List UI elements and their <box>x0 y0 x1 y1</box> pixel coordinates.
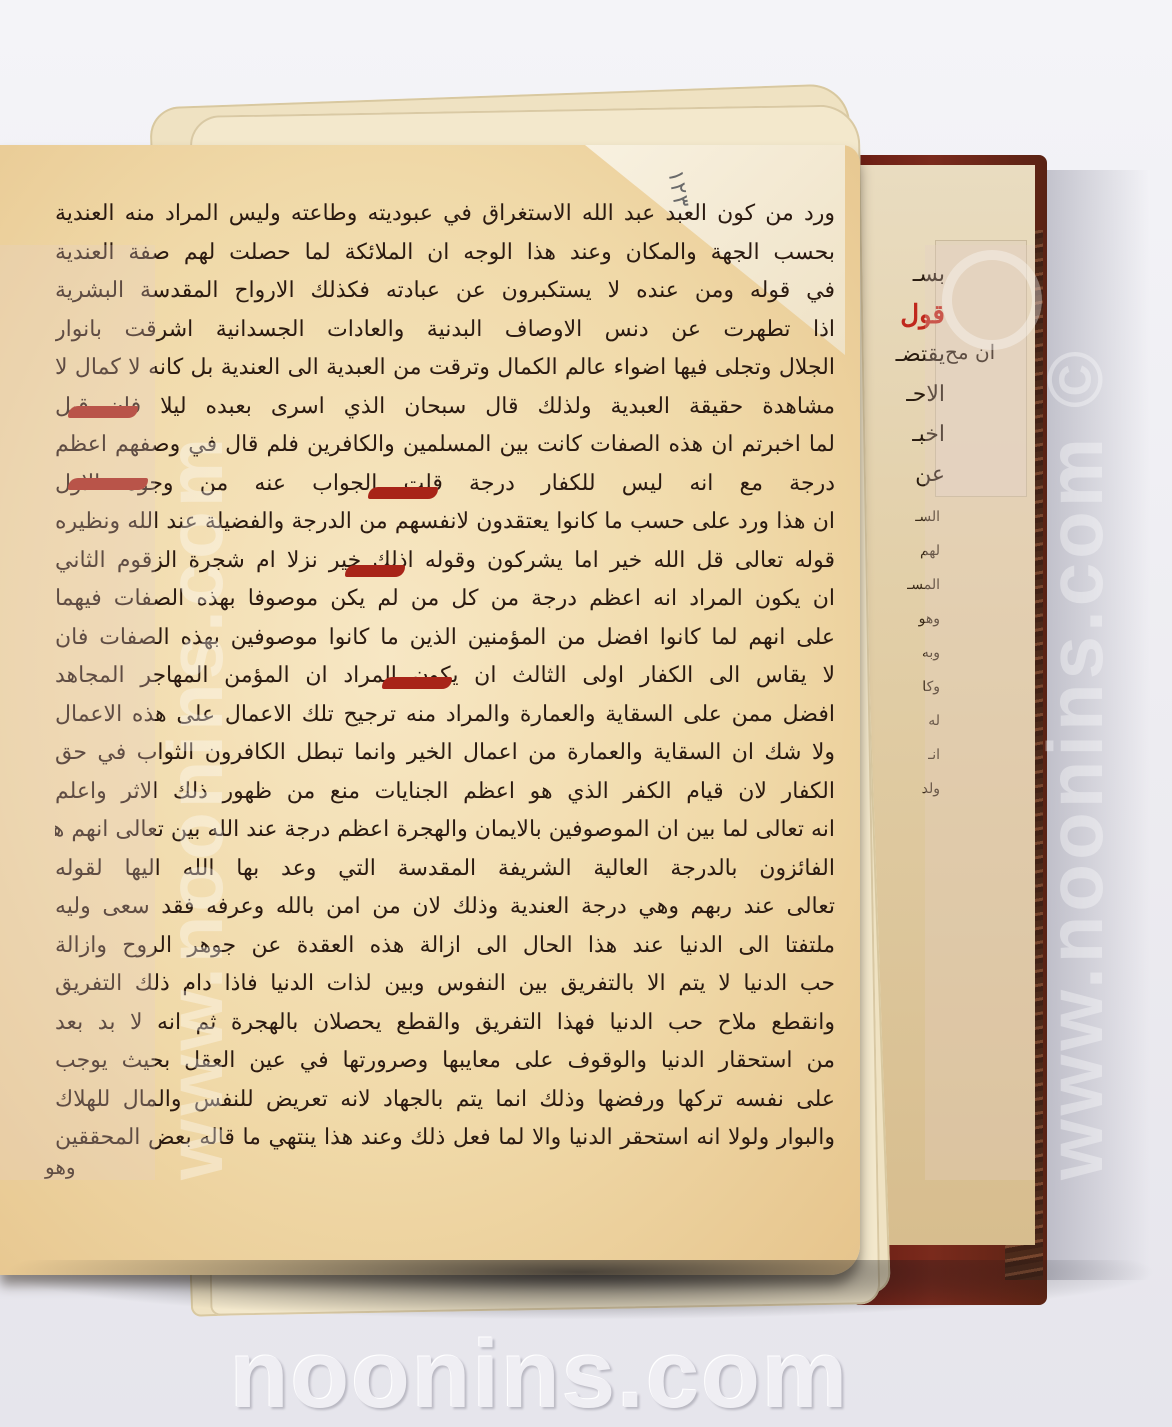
book-shadow <box>0 1260 1160 1320</box>
text-line: بحسب الجهة والمكان وعند هذا الوجه ان الم… <box>55 234 835 273</box>
watermark-right: www.noonins.com © <box>1030 347 1121 1180</box>
text-line: ورد من كون العبد عبد الله الاستغراق في ع… <box>55 195 835 234</box>
text-line: الجلال وتجلى فيها اضواء عالم الكمال وترق… <box>55 349 835 388</box>
copyright-icon <box>942 250 1042 350</box>
text-line: مشاهدة حقيقة العبدية ولذلك قال سبحان الذ… <box>55 388 835 427</box>
watermark-band-left <box>0 245 155 1180</box>
manuscript-photo: بسـ قول يقتضـ الاحـ اخبـ عن ان مح السـ ل… <box>0 0 1172 1427</box>
rubric-mark <box>368 487 438 499</box>
watermark-band-right <box>925 245 1035 1180</box>
watermark-left: www.noonins.com <box>150 434 241 1180</box>
text-line: اذا تطهرت عن دنس الاوصاف البدنية والعادا… <box>55 311 835 350</box>
rubric-mark <box>382 677 452 689</box>
rubric-mark <box>345 565 405 577</box>
watermark-bottom: noonins.com <box>230 1320 849 1427</box>
text-line: في قوله ومن عنده لا يستكبرون عن عبادته ف… <box>55 272 835 311</box>
